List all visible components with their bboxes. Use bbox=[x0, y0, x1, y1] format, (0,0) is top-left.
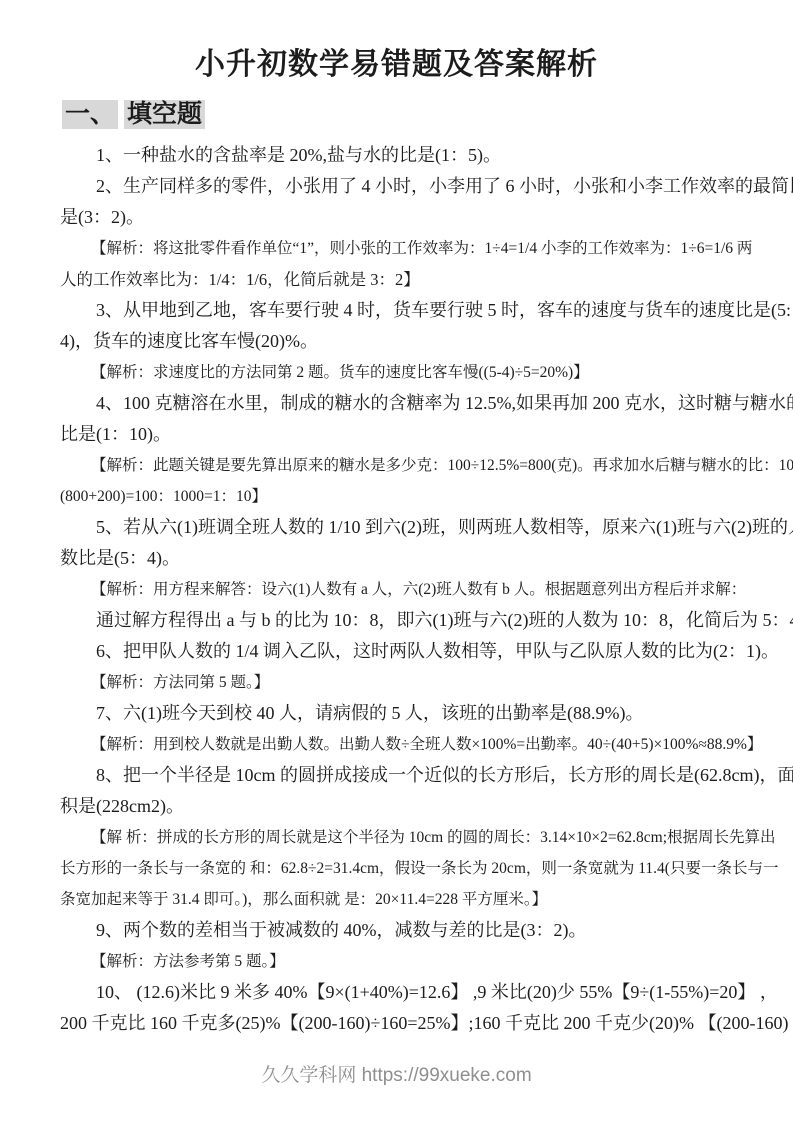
line-a2-2: 人的工作效率比为：1/4：1/6，化简后就是 3：2】 bbox=[60, 264, 757, 295]
line-q5-2: 数比是(5：4)。 bbox=[60, 543, 757, 574]
line-a6: 【解析：方法同第 5 题。】 bbox=[60, 667, 757, 698]
line-a8-2: 长方形的一条长与一条宽的 和：62.8÷2=31.4cm，假设一条长为 20cm… bbox=[60, 853, 757, 884]
line-q10-1: 10、 (12.6)米比 9 米多 40%【9×(1+40%)=12.6】 ,9… bbox=[60, 977, 757, 1008]
line-a5-1: 【解析：用方程来解答：设六(1)人数有 a 人，六(2)班人数有 b 人。根据题… bbox=[60, 574, 757, 605]
line-a2-1: 【解析：将这批零件看作单位“1”，则小张的工作效率为：1÷4=1/4 小李的工作… bbox=[60, 233, 757, 264]
line-q1: 1、一种盐水的含盐率是 20%,盐与水的比是(1：5)。 bbox=[60, 140, 757, 171]
line-a8-1: 【解 析：拼成的长方形的周长就是这个半径为 10cm 的圆的周长：3.14×10… bbox=[60, 822, 757, 853]
line-q3-2: 4)，货车的速度比客车慢(20)%。 bbox=[60, 326, 757, 357]
document-body: 1、一种盐水的含盐率是 20%,盐与水的比是(1：5)。 2、生产同样多的零件，… bbox=[0, 140, 793, 1039]
line-q2-1: 2、生产同样多的零件，小张用了 4 小时，小李用了 6 小时，小张和小李工作效率… bbox=[60, 171, 757, 202]
line-q4-1: 4、100 克糖溶在水里，制成的糖水的含糖率为 12.5%,如果再加 200 克… bbox=[60, 388, 757, 419]
footer-watermark: 久久学科网 https://99xueke.com bbox=[0, 1060, 793, 1087]
line-q10-2: 200 千克比 160 千克多(25)%【(200-160)÷160=25%】;… bbox=[60, 1008, 757, 1039]
section-heading: 一、填空题 bbox=[62, 98, 793, 131]
line-q7: 7、六(1)班今天到校 40 人，请病假的 5 人，该班的出勤率是(88.9%)… bbox=[60, 698, 757, 729]
line-a3: 【解析：求速度比的方法同第 2 题。货车的速度比客车慢((5-4)÷5=20%)… bbox=[60, 357, 757, 388]
line-q6: 6、把甲队人数的 1/4 调入乙队，这时两队人数相等，甲队与乙队原人数的比为(2… bbox=[60, 636, 757, 667]
line-a4-1: 【解析：此题关键是要先算出原来的糖水是多少克：100÷12.5%=800(克)。… bbox=[60, 450, 757, 481]
line-q8-2: 积是(228cm2)。 bbox=[60, 791, 757, 822]
line-q8-1: 8、把一个半径是 10cm 的圆拼成接成一个近似的长方形后，长方形的周长是(62… bbox=[60, 760, 757, 791]
page-title: 小升初数学易错题及答案解析 bbox=[0, 0, 793, 86]
line-q2-2: 是(3：2)。 bbox=[60, 202, 757, 233]
line-a5-2: 通过解方程得出 a 与 b 的比为 10：8，即六(1)班与六(2)班的人数为 … bbox=[60, 605, 757, 636]
line-q9: 9、两个数的差相当于被减数的 40%，减数与差的比是(3：2)。 bbox=[60, 915, 757, 946]
line-q5-1: 5、若从六(1)班调全班人数的 1/10 到六(2)班，则两班人数相等，原来六(… bbox=[60, 512, 757, 543]
line-q3-1: 3、从甲地到乙地，客车要行驶 4 时，货车要行驶 5 时，客车的速度与货车的速度… bbox=[60, 295, 757, 326]
line-a7: 【解析：用到校人数就是出勤人数。出勤人数÷全班人数×100%=出勤率。40÷(4… bbox=[60, 729, 757, 760]
line-q4-2: 比是(1：10)。 bbox=[60, 419, 757, 450]
document-page: 小升初数学易错题及答案解析 一、填空题 1、一种盐水的含盐率是 20%,盐与水的… bbox=[0, 0, 793, 1122]
section-label: 填空题 bbox=[124, 100, 205, 129]
line-a9: 【解析：方法参考第 5 题。】 bbox=[60, 946, 757, 977]
line-a8-3: 条宽加起来等于 31.4 即可。)，那么面积就 是：20×11.4=228 平方… bbox=[60, 884, 757, 915]
line-a4-2: (800+200)=100：1000=1：10】 bbox=[60, 481, 757, 512]
section-number: 一、 bbox=[62, 100, 118, 129]
